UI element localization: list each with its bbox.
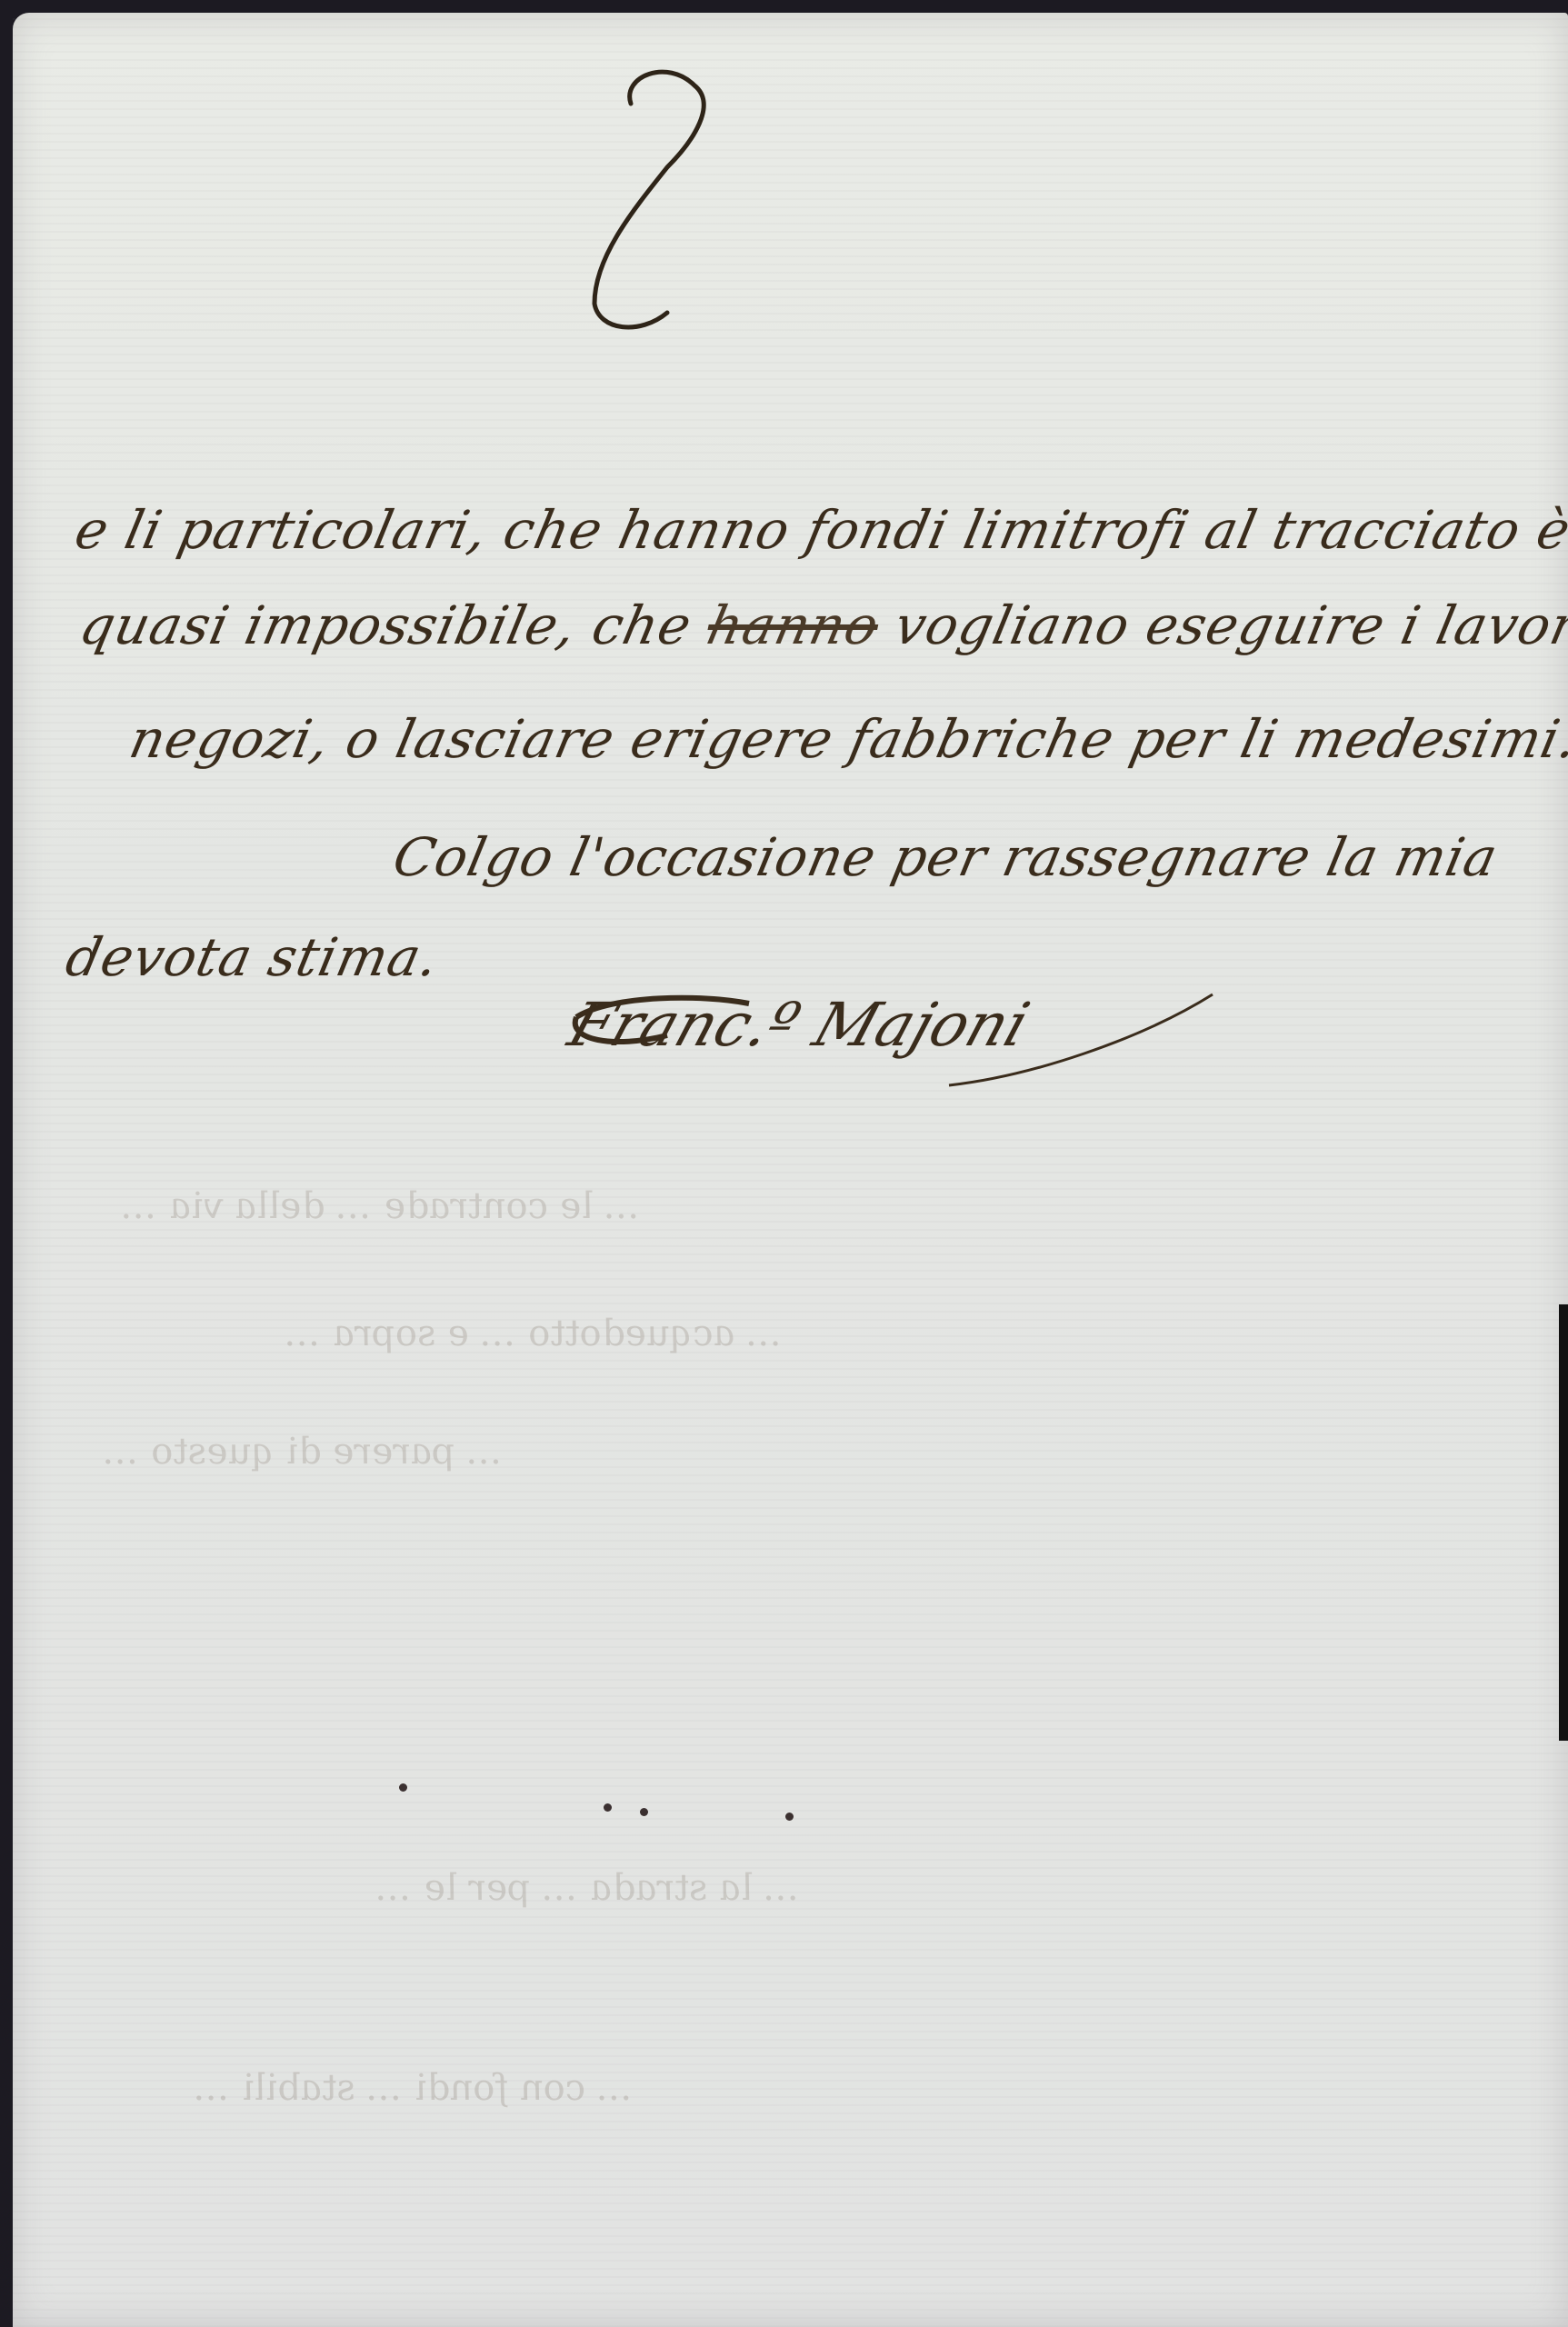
bleed-through-text: … le contrade … della via … bbox=[118, 1185, 644, 1227]
manuscript-page: 2 … le contrade … della via … … acquedot… bbox=[13, 13, 1568, 2327]
struck-word: hanno bbox=[702, 594, 884, 656]
letter-line-5: devota stima. bbox=[61, 926, 445, 988]
line-text: negozi, o lasciare erigere fabbriche per… bbox=[125, 708, 1568, 770]
bleed-through-text: … la strada … per le … bbox=[373, 1867, 804, 1909]
letter-line-1: e li particolari, che hanno fondi limitr… bbox=[70, 499, 1568, 561]
signature: Franc.º Majoni bbox=[560, 990, 1037, 1060]
line-text: devota stima. bbox=[61, 926, 445, 988]
line-text: quasi impossibile, che bbox=[75, 594, 715, 656]
bleed-through-text: … con fondi … stabili … bbox=[191, 2067, 637, 2109]
bleed-through-text: … acquedotto … e sopra … bbox=[282, 1313, 787, 1354]
scan-edge bbox=[1559, 1304, 1568, 1741]
letter-line-4: Colgo l'occasione per rassegnare la mia bbox=[388, 826, 1503, 888]
bleed-through-text: … parere di questo … bbox=[100, 1431, 507, 1473]
letter-line-2: quasi impossibile, che hanno vogliano es… bbox=[75, 594, 1568, 656]
letter-line-3: negozi, o lasciare erigere fabbriche per… bbox=[125, 708, 1568, 770]
line-text: e li particolari, che hanno fondi limitr… bbox=[70, 499, 1568, 561]
page-number-mark bbox=[558, 49, 731, 340]
line-text: Colgo l'occasione per rassegnare la mia bbox=[388, 826, 1503, 888]
line-text: vogliano eseguire i lavori bbox=[872, 594, 1568, 656]
